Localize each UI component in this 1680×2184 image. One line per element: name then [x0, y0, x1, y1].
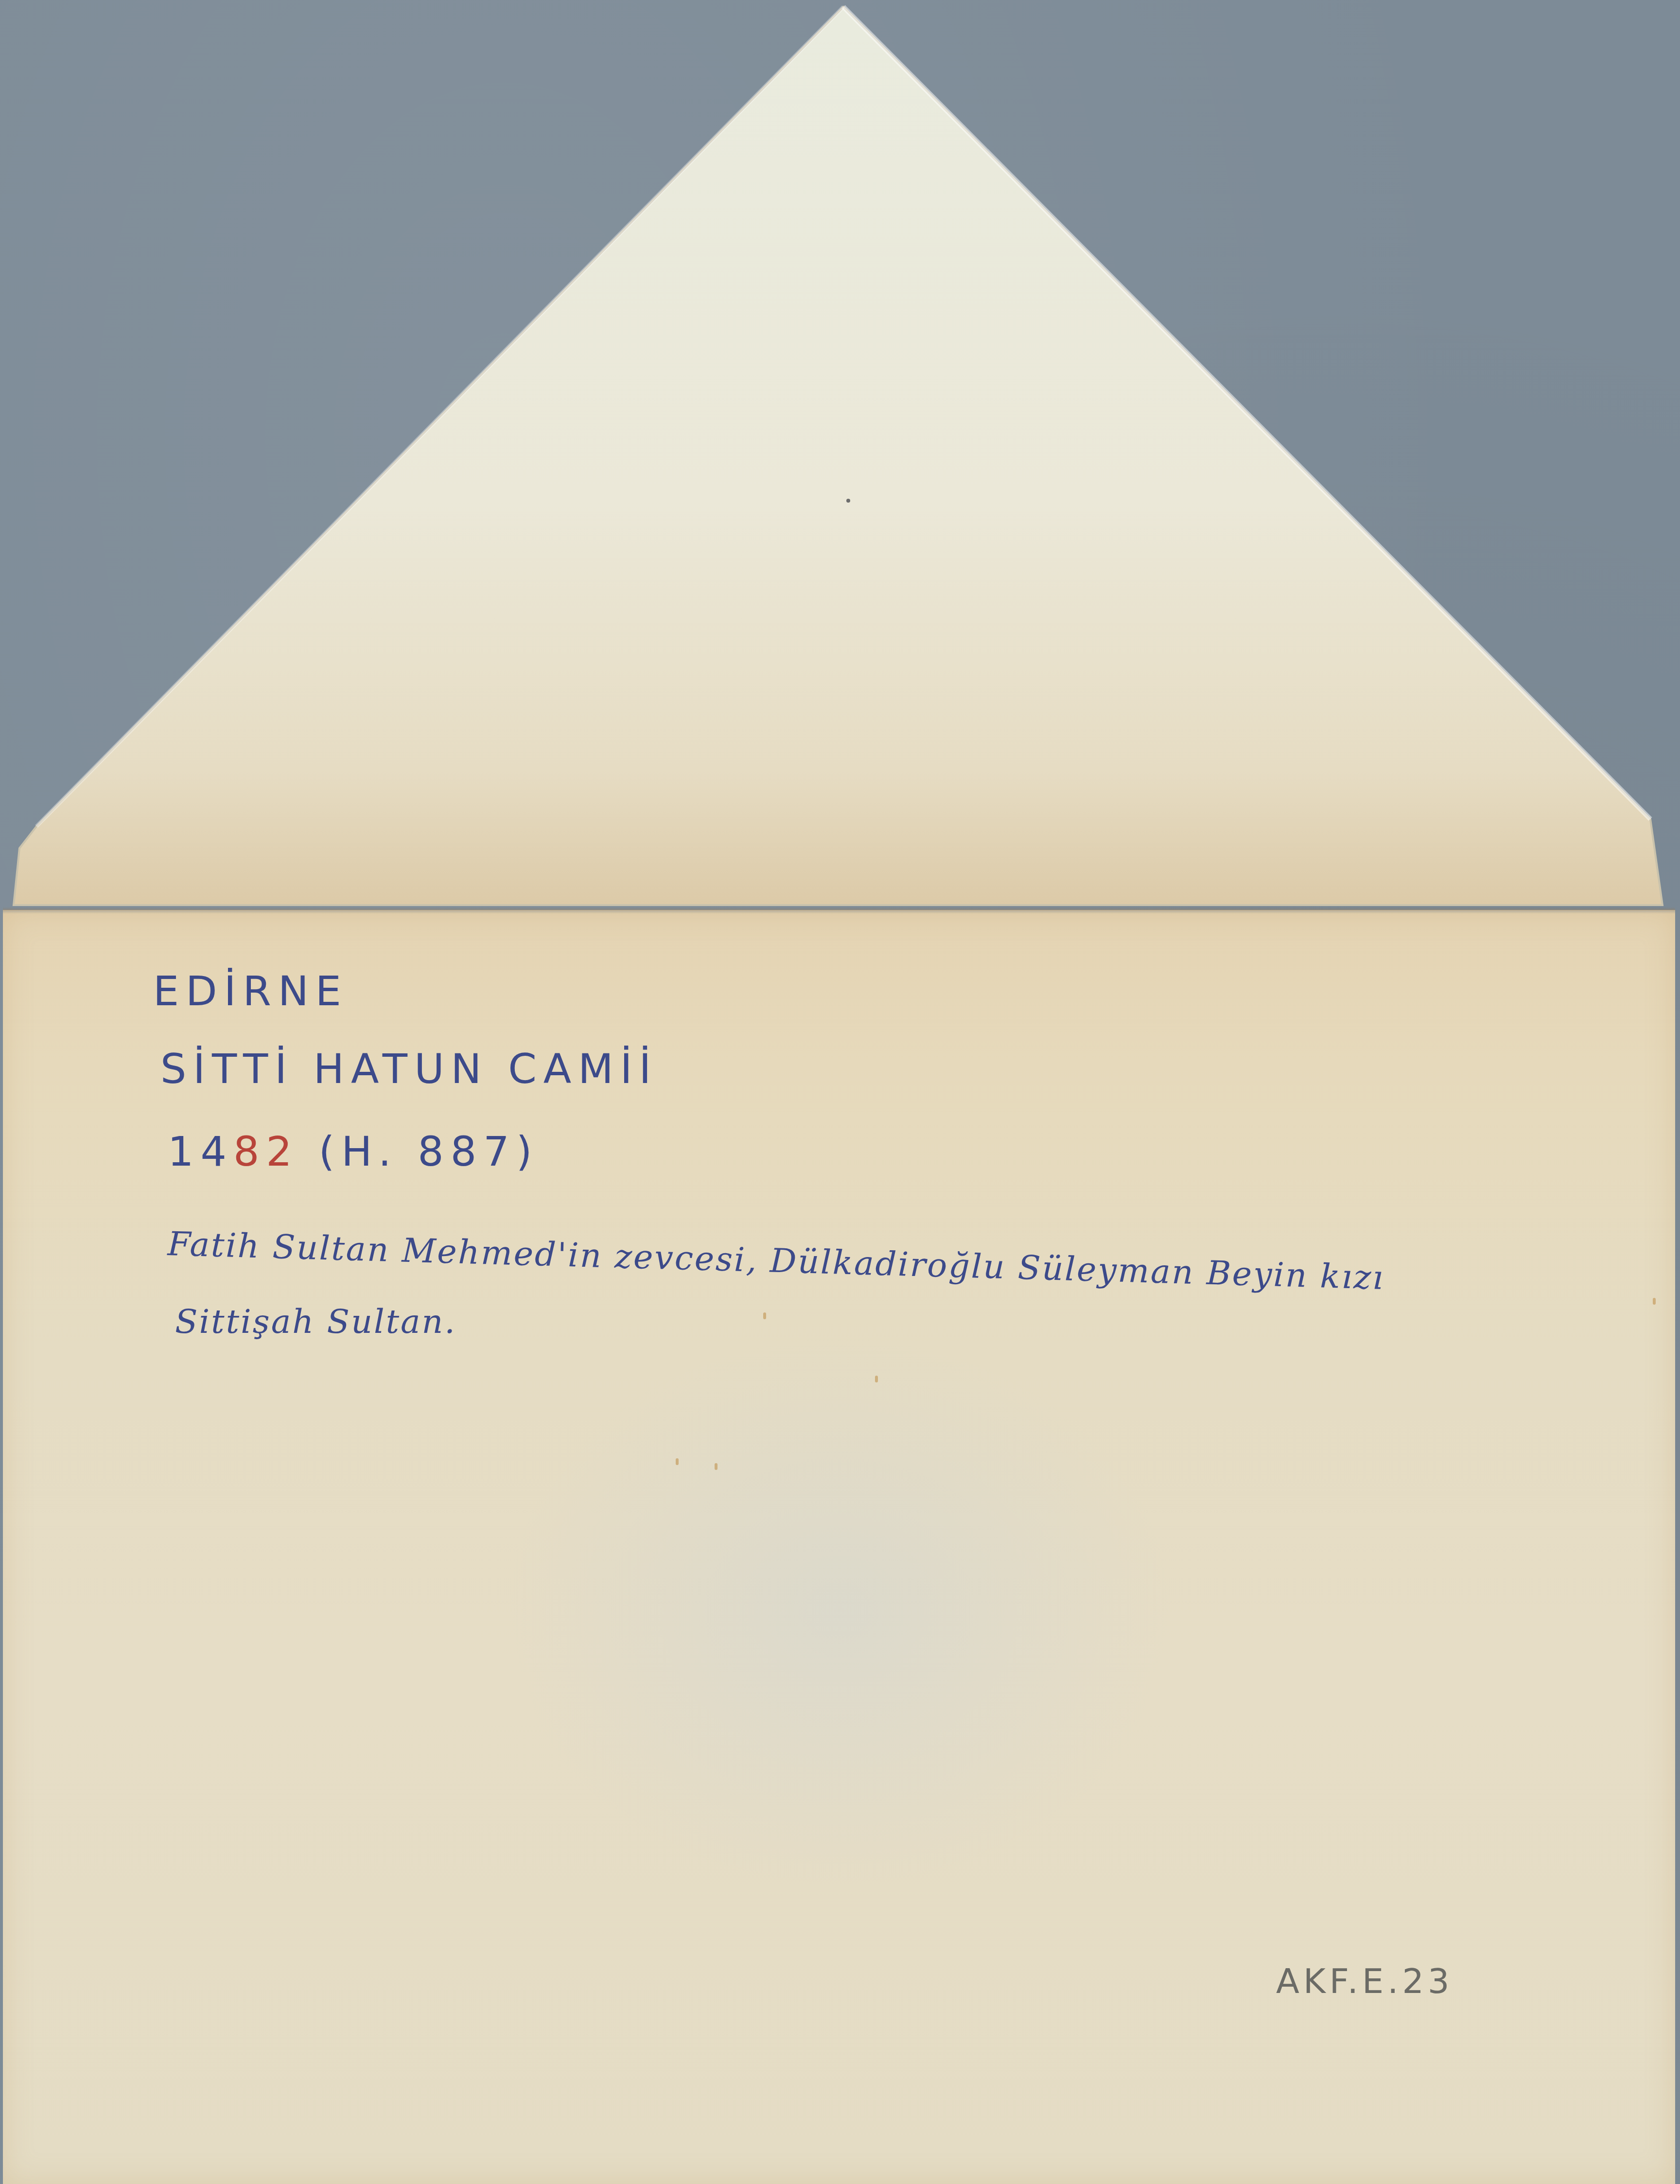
description-line-2: Sittişah Sultan.	[175, 1303, 456, 1341]
catalog-number: AKF.E.23	[1276, 1961, 1453, 2001]
city-label: EDİRNE	[153, 967, 348, 1015]
year-correction: 82	[233, 1128, 299, 1175]
fold-line	[3, 907, 1675, 914]
year-prefix: 14	[168, 1128, 233, 1175]
paper-speck	[875, 1376, 878, 1382]
monument-name: SİTTİ HATUN CAMİİ	[160, 1045, 658, 1093]
date-line: 1482 (H. 887)	[168, 1128, 539, 1175]
envelope-flap	[0, 0, 1680, 914]
paper-speck	[763, 1312, 766, 1319]
hijri-date: (H. 887)	[318, 1128, 539, 1175]
paper-speck	[715, 1463, 717, 1470]
paper-speck	[676, 1458, 679, 1465]
paper-speck	[1653, 1298, 1656, 1305]
